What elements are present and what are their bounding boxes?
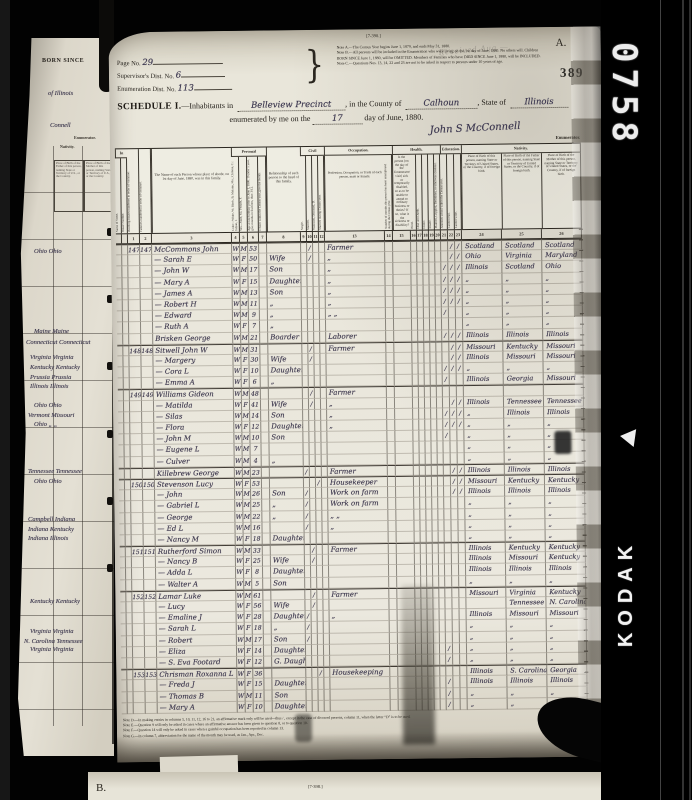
form-code: [7-398.] xyxy=(338,33,408,39)
census-cell-a: 15 xyxy=(248,276,259,287)
census-cell-un xyxy=(390,610,398,621)
census-cell-c: W xyxy=(237,634,245,645)
census-cell-occ: „ xyxy=(325,252,385,264)
census-cell-fam: 148 xyxy=(141,345,153,356)
census-cell-occ xyxy=(328,454,388,466)
census-cell-fam: 150 xyxy=(143,479,155,490)
census-cell-occ: Farmer xyxy=(329,543,389,555)
census-cell-fam xyxy=(145,658,157,669)
census-cell-hs xyxy=(397,565,415,576)
census-cell-c: W xyxy=(238,701,246,712)
census-cell-un xyxy=(387,431,395,442)
census-cell-hs xyxy=(396,453,414,464)
census-cell-dw xyxy=(128,255,140,266)
census-cell-dw xyxy=(129,322,141,333)
census-cell-dw xyxy=(133,680,145,691)
census-cell-occ xyxy=(330,621,390,633)
film-smudge xyxy=(401,584,435,744)
census-cell-a: 36 xyxy=(253,668,264,679)
header-personal-description: Personal Description. xyxy=(231,148,266,157)
census-cell-c: W xyxy=(233,355,241,366)
census-cell-pof: Kentucky xyxy=(503,340,543,352)
census-cell-s: F xyxy=(245,679,253,690)
census-cell-rel: „ xyxy=(272,622,306,634)
census-cell-dw xyxy=(134,692,146,703)
page-fragment: Connecticut Connecticut xyxy=(26,339,90,346)
census-cell-c: W xyxy=(237,679,245,690)
census-cell-mo xyxy=(264,690,272,701)
census-cell-occ xyxy=(326,353,386,365)
census-cell-fam xyxy=(143,512,155,523)
census-cell-s: F xyxy=(242,399,250,410)
census-cell-pob: „ xyxy=(465,452,505,464)
census-cell-fam xyxy=(141,311,153,322)
census-cell-hs xyxy=(394,285,412,296)
census-cell-mo xyxy=(263,578,271,589)
census-cell-pob: Ohio xyxy=(462,251,502,263)
census-table: In Cities. Name of Street. House Number.… xyxy=(115,143,588,715)
census-cell-occ xyxy=(327,431,387,443)
next-page-corner-letter: B. xyxy=(96,782,106,794)
census-cell-a: 10 xyxy=(250,366,261,377)
census-cell-dw: 153 xyxy=(133,669,145,680)
census-cell-pof: „ xyxy=(507,687,547,699)
census-cell-un xyxy=(390,666,398,677)
census-cell-a: 28 xyxy=(253,612,264,623)
census-cell-c: W xyxy=(236,534,244,545)
column-number: 1 xyxy=(128,234,140,243)
census-cell-fam xyxy=(141,289,153,300)
census-cell-c: W xyxy=(237,646,245,657)
film-edge-line xyxy=(660,0,661,800)
county-label: , in the County of xyxy=(345,99,401,109)
enumerated-post: day of June, 1880. xyxy=(364,113,423,123)
census-cell-pob: „ xyxy=(462,273,502,285)
census-cell-pof: „ xyxy=(507,631,547,643)
census-cell-mo xyxy=(261,366,269,377)
page-fragment: Ohio Ohio xyxy=(34,248,62,255)
census-cell-s: M xyxy=(242,444,250,455)
census-cell-fam xyxy=(145,624,157,635)
census-cell-pob: Illinois xyxy=(462,262,502,274)
page-fragment: Illinois Illinois xyxy=(30,383,68,390)
census-cell-s: M xyxy=(241,287,249,298)
census-cell-fam xyxy=(145,613,157,624)
census-cell-c: W xyxy=(233,310,241,321)
census-cell-pob: Illinois xyxy=(467,609,507,621)
census-cell-pob: „ xyxy=(466,530,506,542)
census-cell-pof xyxy=(504,385,544,397)
census-cell-a: 30 xyxy=(249,354,260,365)
page-fragment: Campbell Indiana xyxy=(28,516,75,523)
census-cell-un xyxy=(387,409,395,420)
census-cell-occ: Farmer xyxy=(328,465,388,477)
census-cell-c: W xyxy=(232,243,240,254)
census-cell-un xyxy=(386,353,394,364)
column-number: 7 xyxy=(259,233,267,242)
page-fragment: of Illinois xyxy=(48,90,73,97)
column-number: 5 xyxy=(240,233,248,242)
census-cell-rel xyxy=(271,544,305,556)
census-cell-rel xyxy=(272,667,306,679)
census-cell-un xyxy=(391,700,399,711)
leader-line xyxy=(181,68,225,78)
census-cell-mo xyxy=(265,701,273,712)
census-cell-un xyxy=(387,386,395,397)
column-number: 13 xyxy=(325,231,385,241)
census-cell-fam xyxy=(143,524,155,535)
census-cell-pof: „ xyxy=(507,653,547,665)
census-cell-un xyxy=(387,420,395,431)
census-cell-hs xyxy=(396,520,414,531)
census-cell-dw: 150 xyxy=(131,479,143,490)
census-cell-a: 56 xyxy=(252,601,263,612)
microfilm-frame: Place of Birth of the Father of this per… xyxy=(0,0,692,800)
census-cell-hs xyxy=(395,397,413,408)
census-cell-pob: Illinois xyxy=(463,329,503,341)
census-cell-fam xyxy=(143,468,155,479)
census-cell-un xyxy=(386,319,394,330)
census-cell-pob xyxy=(466,598,506,610)
census-cell-pob: „ xyxy=(463,307,503,319)
census-cell-dw xyxy=(132,557,144,568)
census-cell-s: F xyxy=(242,422,250,433)
previous-page-header-box: Place of Birth of the Father of this per… xyxy=(54,160,84,212)
census-cell-fam xyxy=(140,266,152,277)
census-cell-hs xyxy=(395,375,413,386)
census-cell-rel xyxy=(269,443,303,455)
census-cell-occ: Farmer xyxy=(329,588,389,600)
census-cell-a: 7 xyxy=(250,444,261,455)
state-label: , State of xyxy=(477,98,506,107)
census-cell-un xyxy=(385,241,393,252)
census-cell-fam: 153 xyxy=(145,669,157,680)
table-body: 147147McCommons JohnWM53/Farmer//Scotlan… xyxy=(116,239,588,715)
header-name: The Name of each Person whose place of a… xyxy=(151,148,232,233)
census-cell-c: W xyxy=(234,411,242,422)
census-cell-mo xyxy=(260,332,268,343)
census-cell-rel: Daughter xyxy=(272,611,306,623)
census-cell-un xyxy=(388,476,396,487)
census-cell-a: 8 xyxy=(252,567,263,578)
page-fragment: N. Carolina Tennessee xyxy=(24,638,83,645)
census-cell-s: F xyxy=(245,612,253,623)
census-cell-occ: Housekeeping xyxy=(330,666,390,678)
census-cell-s: F xyxy=(245,645,253,656)
census-cell-s: F xyxy=(243,478,251,489)
census-cell-mo xyxy=(261,410,269,421)
census-cell-s: M xyxy=(245,690,253,701)
census-cell-un xyxy=(389,532,397,543)
census-cell-mo xyxy=(262,511,270,522)
census-cell-fam xyxy=(145,680,157,691)
page-no-value: 29 xyxy=(142,58,153,68)
census-cell-un xyxy=(390,621,398,632)
census-cell-rel: Son xyxy=(269,432,303,444)
census-cell-s: M xyxy=(241,310,249,321)
census-cell-un xyxy=(388,498,396,509)
census-cell-c: W xyxy=(233,299,241,310)
census-cell-rel: Wife xyxy=(269,399,303,411)
census-cell-a: 25 xyxy=(251,500,262,511)
census-cell-hs xyxy=(394,308,412,319)
census-cell-mo xyxy=(261,399,269,410)
census-cell-pof: Scotland xyxy=(502,239,542,251)
table-header: In Cities. Name of Street. House Number.… xyxy=(115,143,582,234)
census-cell-fam xyxy=(142,423,154,434)
census-cell-a: 4 xyxy=(251,455,262,466)
census-cell-c: W xyxy=(237,623,245,634)
census-cell-c: W xyxy=(233,288,241,299)
census-cell-name: — Mary A xyxy=(158,702,238,714)
ink-smudge xyxy=(554,431,571,454)
census-cell-rel xyxy=(270,466,304,478)
census-cell-c: W xyxy=(235,489,243,500)
brace-glyph: } xyxy=(305,43,325,87)
census-cell-un xyxy=(390,632,398,643)
census-cell-dw xyxy=(133,636,145,647)
census-cell-occ xyxy=(329,532,389,544)
census-cell-pof: „ xyxy=(504,441,544,453)
census-cell-a: 5 xyxy=(252,578,263,589)
page-fragment: Prussia Prussia xyxy=(30,374,71,381)
next-page-fragment: B. [7-398.] xyxy=(88,772,604,800)
census-cell-c: W xyxy=(233,321,241,332)
page-fragment: Kentucky Kentucky xyxy=(30,598,80,605)
census-cell-fam xyxy=(142,412,154,423)
census-cell-fam xyxy=(141,333,153,344)
census-cell-s: F xyxy=(241,355,249,366)
header-education-group: Education. xyxy=(440,145,461,154)
census-cell-rel: Son xyxy=(272,634,306,646)
census-cell-fam xyxy=(143,501,155,512)
census-cell-dw: 149 xyxy=(130,389,142,400)
census-cell-c: W xyxy=(237,612,245,623)
census-cell-pof: Kentucky xyxy=(506,541,546,553)
census-cell-un xyxy=(387,398,395,409)
census-cell-pob: „ xyxy=(465,508,505,520)
census-cell-mo xyxy=(261,444,269,455)
census-cell-s: F xyxy=(245,657,253,668)
census-cell-rel: Wife xyxy=(271,555,305,567)
census-cell-pof: Illinois xyxy=(505,485,545,497)
census-cell-c: W xyxy=(234,388,242,399)
census-cell-pob: „ xyxy=(464,363,504,375)
leader-line xyxy=(153,55,223,65)
census-cell-pob: „ xyxy=(463,284,503,296)
census-cell-fam xyxy=(141,300,153,311)
census-cell-un xyxy=(388,521,396,532)
census-cell-rel: Son xyxy=(270,488,304,500)
census-cell-s: M xyxy=(245,634,253,645)
census-cell-dw: 148 xyxy=(129,345,141,356)
census-cell-c: W xyxy=(236,578,244,589)
census-cell-c: W xyxy=(233,332,241,343)
census-cell-dw xyxy=(130,434,142,445)
census-cell-occ xyxy=(326,319,386,331)
census-cell-occ xyxy=(330,655,390,667)
census-cell-hs xyxy=(396,509,414,520)
census-cell-a: 25 xyxy=(252,556,263,567)
page-fragment: Virginia Virginia xyxy=(30,354,74,361)
census-cell-rel xyxy=(268,343,302,355)
column-number: 8 xyxy=(267,232,301,241)
census-cell-s: M xyxy=(242,433,250,444)
census-cell-a: 12 xyxy=(250,422,261,433)
census-cell-un xyxy=(385,263,393,274)
column-number: 25 xyxy=(502,229,542,238)
census-cell-un xyxy=(389,577,397,588)
census-cell-hs xyxy=(394,330,412,341)
census-cell-mo xyxy=(261,433,269,444)
census-cell-dw xyxy=(133,624,145,635)
binding-stitch xyxy=(107,564,113,572)
census-cell-un xyxy=(387,375,395,386)
census-cell-hs xyxy=(394,319,412,330)
county-value: Calhoun xyxy=(405,98,477,110)
census-cell-hs xyxy=(395,431,413,442)
census-cell-occ xyxy=(330,633,390,645)
census-cell-c: W xyxy=(235,511,243,522)
ink-smudge xyxy=(295,714,312,742)
kodak-brand-label: KODAK xyxy=(615,493,641,693)
census-cell-pof: Missouri xyxy=(507,608,547,620)
census-cell-fam xyxy=(141,322,153,333)
census-cell-fam xyxy=(142,445,154,456)
census-cell-fam xyxy=(145,647,157,658)
census-cell-pob: „ xyxy=(465,497,505,509)
census-cell-mo xyxy=(260,354,268,365)
census-cell-pof: Tennessee xyxy=(504,396,544,408)
census-cell-pof: Missouri xyxy=(503,351,543,363)
film-marker-triangle-icon xyxy=(619,427,636,447)
census-cell-a: 22 xyxy=(251,511,262,522)
census-cell-occ: Farmer xyxy=(325,241,385,253)
census-cell-fam: 151 xyxy=(144,546,156,557)
census-cell-c: W xyxy=(232,276,240,287)
census-cell-rel xyxy=(267,242,301,254)
census-cell-s: F xyxy=(242,377,250,388)
census-cell-fam: 152 xyxy=(144,591,156,602)
census-cell-dw xyxy=(131,501,143,512)
page-fragment: Virginia Virginia xyxy=(30,646,74,653)
census-cell-rel: „ xyxy=(270,455,304,467)
census-cell-pof: „ xyxy=(507,619,547,631)
census-cell-mo xyxy=(263,545,271,556)
census-cell-pof: Virginia xyxy=(506,586,546,598)
census-cell-un xyxy=(386,286,394,297)
census-cell-c: W xyxy=(232,254,240,265)
census-cell-mo xyxy=(262,489,270,500)
census-cell-s: M xyxy=(240,243,248,254)
column-number: 15 xyxy=(393,231,411,240)
census-cell-hs xyxy=(395,420,413,431)
enumerated-line: enumerated by me on the 17 day of June, … xyxy=(229,113,423,126)
census-cell-rel: Daughter xyxy=(273,701,307,713)
census-cell-pof: „ xyxy=(505,508,545,520)
census-cell-mo xyxy=(260,298,268,309)
census-cell-dw xyxy=(134,703,146,714)
census-cell-pob: Missouri xyxy=(463,340,503,352)
census-cell-hs xyxy=(396,476,414,487)
census-cell-mo xyxy=(262,500,270,511)
header-civil-condition: Civil Condition. xyxy=(300,147,324,156)
census-cell-pob: „ xyxy=(464,430,504,442)
page-fragment: Indiana Illinois xyxy=(28,535,68,542)
census-cell-dw xyxy=(130,367,142,378)
census-cell-s: F xyxy=(240,276,248,287)
census-cell-un xyxy=(386,308,394,319)
census-cell-hs xyxy=(397,532,415,543)
census-cell-c: W xyxy=(234,399,242,410)
census-cell-fam xyxy=(140,277,152,288)
supervisor-dist-label: Supervisor's Dist. No. xyxy=(117,73,174,81)
census-cell-un xyxy=(390,655,398,666)
census-cell-occ xyxy=(329,599,389,611)
instruction-notes: Note A.—The Census Year begins June 1, 1… xyxy=(337,43,549,67)
previous-page-fragment: Place of Birth of the Father of this per… xyxy=(18,38,114,756)
census-cell-hs xyxy=(394,341,412,352)
census-cell-pof: Illinois xyxy=(507,675,547,687)
census-cell-a: 18 xyxy=(253,623,264,634)
census-cell-pob: Illinois xyxy=(466,564,506,576)
census-cell-rel: Son xyxy=(271,578,305,590)
enumeration-dist-value: 113 xyxy=(178,83,194,93)
census-cell-s: M xyxy=(241,299,249,310)
census-cell-fam xyxy=(144,557,156,568)
page-fragment: Ohio Ohio xyxy=(34,402,62,409)
census-cell-mo xyxy=(262,477,270,488)
census-cell-fam xyxy=(141,356,153,367)
census-cell-mo xyxy=(263,600,271,611)
census-cell-a: 31 xyxy=(249,343,260,354)
census-cell-mo xyxy=(261,421,269,432)
census-cell-rel: „ xyxy=(269,376,303,388)
enumeration-dist-label: Enumeration Dist. No. xyxy=(117,86,176,94)
census-cell-dw xyxy=(133,647,145,658)
census-cell-dw xyxy=(130,423,142,434)
census-cell-pof: „ xyxy=(503,306,543,318)
census-cell-fam xyxy=(142,378,154,389)
census-cell-a: 15 xyxy=(253,679,264,690)
census-cell-dw xyxy=(133,613,145,624)
census-cell-mo xyxy=(264,679,272,690)
next-page-form-code: [7-398.] xyxy=(308,784,323,789)
census-cell-pof: „ xyxy=(505,519,545,531)
census-cell-pob: Illinois xyxy=(465,486,505,498)
census-cell-s: F xyxy=(244,556,252,567)
census-cell-s: M xyxy=(243,511,251,522)
state-value: Illinois xyxy=(510,97,568,109)
census-cell-dw: 147 xyxy=(128,244,140,255)
census-cell-fam xyxy=(146,691,158,702)
census-cell-pof: „ xyxy=(502,273,542,285)
census-cell-s: M xyxy=(244,590,252,601)
census-cell-mo xyxy=(260,321,268,332)
census-cell-rel: Son xyxy=(267,264,301,276)
census-cell-pof: „ xyxy=(504,418,544,430)
census-cell-s: M xyxy=(241,343,249,354)
census-cell-dw xyxy=(130,378,142,389)
schedule-inhabitants: —Inhabitants in xyxy=(181,101,233,111)
census-cell-dw xyxy=(129,300,141,311)
census-cell-mo xyxy=(259,243,267,254)
census-cell-hs xyxy=(396,464,414,475)
census-cell-pof: Illinois xyxy=(505,463,545,475)
census-cell-occ: Farmer xyxy=(326,342,386,354)
census-cell-mo xyxy=(263,533,271,544)
page-no-label: Page No. xyxy=(117,60,141,67)
